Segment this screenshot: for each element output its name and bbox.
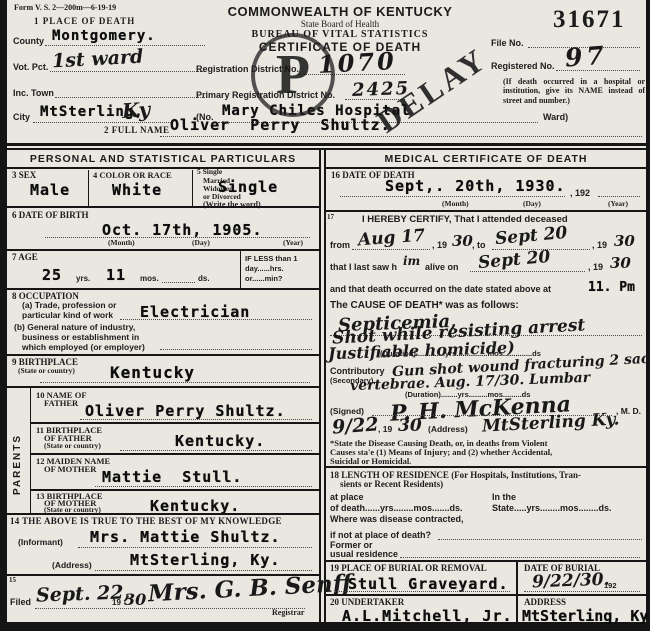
at-place-label: at place — [330, 492, 364, 502]
rule — [30, 422, 319, 424]
commonwealth-title: COMMONWEALTH OF KENTUCKY — [195, 4, 485, 19]
to-19-printed: , 19 — [592, 240, 607, 250]
age-label: 7 AGE — [12, 252, 38, 262]
rule — [326, 594, 646, 596]
cause-of-death-label: The CAUSE OF DEATH* was as follows: — [330, 300, 519, 311]
burial-date-value: 9/22/30. — [532, 570, 610, 593]
not-at-place-line: if not at place of death? — [330, 530, 431, 540]
last-saw-label: that I last saw h — [330, 262, 397, 272]
color-race-value: White — [112, 181, 162, 199]
city-label: City — [13, 112, 30, 122]
cell-divider — [30, 388, 31, 513]
cell-divider — [240, 250, 241, 288]
medical-section-title: MEDICAL CERTIFICATE OF DEATH — [326, 153, 646, 165]
father-birthplace-value: Kentucky. — [175, 432, 265, 450]
rule — [326, 466, 646, 468]
death-time-value: 11. Pm — [588, 280, 635, 295]
death-certificate-scan: Form V. S. 2—200m—6-19-19 1 PLACE OF DEA… — [0, 0, 650, 631]
occupation-b-label2: business or establishment in — [22, 332, 139, 342]
to-label: , to — [472, 240, 486, 250]
attended-from-year: 30 — [452, 232, 473, 250]
rule — [30, 453, 319, 455]
dotted-line — [470, 270, 585, 272]
dotted-line — [598, 195, 640, 197]
disease-contracted-line: Where was disease contracted, — [330, 514, 464, 524]
state-line: State.....yrs........mos........ds. — [492, 503, 612, 513]
dob-day-label: (Day) — [192, 238, 210, 247]
attended-to-date: Sept 20 — [494, 223, 568, 249]
contributory-label: Contributory — [330, 366, 385, 376]
if-less-line: or......min? — [245, 274, 283, 283]
saw-19-printed: , 19 — [588, 262, 603, 272]
father-birthplace-label3: (State or country) — [44, 441, 101, 450]
divider-rule — [7, 148, 646, 150]
if-less-line: IF LESS than 1 — [245, 254, 298, 263]
age-years-value: 25 — [42, 266, 62, 284]
filed-row-number: 15 — [9, 576, 16, 584]
mother-name-value: Mattie Stull. — [102, 468, 242, 486]
column-divider — [319, 150, 321, 622]
rule — [7, 354, 319, 356]
dob-month-label: (Month) — [108, 238, 135, 247]
burial-192-printed: 192 — [604, 581, 617, 590]
duration-printed-line: (Duration)..............yrs.............… — [380, 349, 541, 358]
county-label: County — [13, 36, 44, 46]
serial-number: 31671 — [553, 6, 626, 34]
dotted-line — [400, 556, 640, 558]
violent-note-line: Suicidal or Homicidal. — [330, 456, 411, 466]
in-the-label: In the — [492, 492, 516, 502]
sign-date-value: 9/22 — [331, 413, 379, 438]
from-19-printed: , 19 — [432, 240, 447, 250]
dotted-line — [340, 195, 565, 197]
undertaker-label: 20 UNDERTAKER — [330, 597, 404, 607]
of-death-line: of death......yrs........mos.......ds. — [330, 503, 463, 513]
residence-heading-2: sients or Recent Residents) — [340, 479, 443, 489]
dotted-line — [95, 485, 312, 487]
burial-place-label: 19 PLACE OF BURIAL OR REMOVAL — [330, 563, 487, 573]
county-value: Montgomery. — [52, 28, 156, 44]
filed-label: Filed — [10, 597, 31, 607]
filed-19-printed: 19 — [112, 598, 121, 607]
occupation-b-label: (b) General nature of industry, — [14, 322, 135, 332]
from-label: from — [330, 240, 350, 250]
occupation-a-label2: particular kind of work — [22, 310, 113, 320]
sign-19-printed: , 19 — [378, 424, 392, 434]
marital-label-line: 5 Single — [197, 168, 222, 176]
rule — [7, 206, 319, 208]
usual-residence-label: usual residence — [330, 549, 398, 559]
dotted-line — [50, 70, 205, 72]
dod-year-label: (Year) — [608, 199, 628, 208]
dotted-line — [120, 449, 312, 451]
dotted-line — [162, 281, 195, 283]
yrs-label: yrs. — [76, 274, 90, 283]
personal-section-title: PERSONAL AND STATISTICAL PARTICULARS — [7, 153, 319, 165]
dotted-line — [45, 236, 310, 238]
dotted-line — [40, 381, 310, 383]
dotted-line — [160, 135, 642, 137]
rule — [326, 560, 646, 562]
last-saw-year: 30 — [610, 254, 631, 272]
alive-on-label: alive on — [425, 262, 459, 272]
dotted-line — [80, 418, 312, 420]
birthplace-value: Kentucky — [110, 363, 195, 382]
undertaker-address-label: ADDRESS — [524, 597, 566, 607]
attended-to-year: 30 — [614, 232, 635, 250]
marital-write-word-label: (Write the word) — [203, 200, 261, 209]
undertaker-address-value: MtSterling, Ky. — [522, 607, 650, 625]
scan-edge-left — [0, 0, 7, 631]
death-occurred-label: and that death occurred on the date stat… — [330, 284, 551, 294]
p-stamp-letter: P — [276, 43, 310, 107]
place-of-death-label: 1 PLACE OF DEATH — [34, 16, 135, 26]
full-name-label: 2 FULL NAME — [104, 125, 170, 135]
rule — [326, 167, 646, 169]
if-less-line: day......hrs. — [245, 264, 284, 273]
state-board-subtitle: State Board of Health — [195, 19, 485, 29]
sex-value: Male — [30, 181, 70, 199]
inc-town-label: Inc. Town — [13, 88, 54, 98]
parents-vertical-label: PARENTS — [12, 434, 23, 495]
cell-divider — [192, 170, 193, 206]
informant-label: (Informant) — [18, 537, 63, 547]
dotted-line — [160, 348, 312, 350]
divider-rule — [7, 143, 646, 146]
md-label: , M. D. — [616, 406, 641, 416]
hospital-name-note: (If death occurred in a hospital or inst… — [503, 77, 645, 105]
rule — [7, 513, 319, 515]
certify-row-number: 17 — [327, 213, 334, 221]
dotted-line — [33, 121, 173, 123]
age-months-value: 11 — [106, 266, 126, 284]
dod-day-label: (Day) — [523, 199, 541, 208]
rule — [7, 249, 319, 251]
registrar-label: Registrar — [272, 608, 304, 617]
color-race-label: 4 COLOR OR RACE — [93, 170, 172, 180]
ward-label: Ward) — [543, 112, 568, 122]
undertaker-value: A.L.Mitchell, Jr. — [342, 607, 513, 625]
sign-year-value: 30 — [398, 416, 422, 436]
informant-heading: 14 THE ABOVE IS TRUE TO THE BEST OF MY K… — [10, 516, 282, 526]
mother-name-label2: OF MOTHER — [44, 464, 96, 474]
marital-value: Single — [218, 178, 278, 196]
attended-from-date: Aug 17 — [357, 226, 425, 251]
informant-address-label: (Address) — [52, 560, 92, 570]
him-handwritten: im — [403, 254, 420, 268]
cell-divider — [516, 560, 518, 595]
p-circle-stamp: P — [251, 33, 335, 117]
dotted-line — [556, 69, 640, 71]
mos-label: mos. — [140, 274, 159, 283]
dob-year-label: (Year) — [283, 238, 303, 247]
dotted-line — [35, 607, 305, 609]
vot-pct-value: 1st ward — [51, 46, 143, 73]
dotted-line — [438, 538, 642, 540]
form-number: Form V. S. 2—200m—6-19-19 — [14, 3, 116, 12]
ds-label: ds. — [198, 274, 210, 283]
dod-month-label: (Month) — [442, 199, 469, 208]
scan-edge-right — [646, 0, 650, 631]
dotted-line — [120, 318, 312, 320]
vot-pct-label: Vot. Pct. — [13, 62, 48, 72]
rule — [326, 210, 646, 212]
date-of-death-value: Sept,. 20th, 1930. — [385, 177, 566, 195]
bureau-subtitle: BUREAU OF VITAL STATISTICS — [195, 29, 485, 40]
informant-address-value: MtSterling, Ky. — [130, 551, 280, 569]
father-name-label2: FATHER — [44, 398, 78, 408]
dob-label: 6 DATE OF BIRTH — [12, 210, 88, 220]
state-or-country-label: (State or country) — [18, 366, 75, 375]
dod-192-printed: , 192 — [570, 188, 590, 198]
certify-heading: I HEREBY CERTIFY, That I attended deceas… — [362, 214, 568, 225]
rule — [7, 386, 319, 388]
rule — [7, 167, 319, 169]
registered-no-value: 97 — [564, 41, 609, 73]
cell-divider — [88, 170, 89, 206]
dotted-line — [78, 546, 312, 548]
dotted-line — [95, 569, 312, 571]
occupation-a-label: (a) Trade, profession or — [22, 300, 116, 310]
sign-address-label: (Address) — [428, 424, 468, 434]
city-value-handwritten: Ky — [121, 97, 151, 123]
occupation-b-label3: which employed (or employer) — [22, 342, 145, 352]
rule — [7, 288, 319, 290]
dotted-line — [335, 590, 510, 592]
cell-divider — [516, 594, 518, 622]
dotted-line — [524, 590, 640, 592]
dotted-line — [352, 248, 430, 250]
column-divider — [324, 150, 326, 622]
informant-value: Mrs. Mattie Shultz. — [90, 528, 281, 546]
sex-label: 3 SEX — [12, 170, 36, 180]
